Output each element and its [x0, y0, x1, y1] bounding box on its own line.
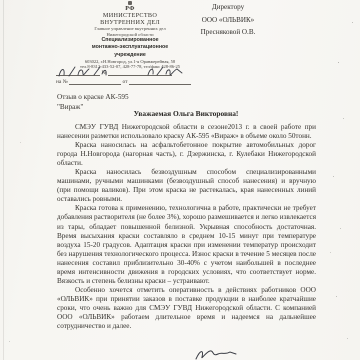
registration-block: № на № от [56, 69, 208, 87]
salutation: Уважаемая Ольга Викторовна! [57, 109, 315, 118]
ref-reply-line: на № от [56, 78, 208, 87]
paper-speck-layer [0, 0, 1, 1]
body-paragraph: Особенно хочется отметить оперативность … [57, 286, 316, 331]
ref-date-label: от [123, 79, 128, 85]
addressee-company: ООО «ОЛЬВИК» [182, 14, 274, 27]
addressee-block: Директору ООО «ОЛЬВИК» Пресняковой О.В. [182, 1, 274, 39]
body-paragraph: Краска наносилась на асфальтобетонное по… [57, 141, 316, 168]
ref-reply-date-blank [129, 78, 191, 85]
ref-reply-label: на № [56, 79, 68, 85]
ref-reply-blank [69, 78, 121, 85]
org-name-line-2: монтажно-эксплуатационное [32, 44, 228, 51]
addressee-person: Пресняковой О.В. [182, 26, 274, 39]
letter-body: СМЭУ ГУВД Нижегородской области в сезоне… [57, 123, 316, 331]
scan-edge-line [3, 0, 4, 360]
body-paragraph: Краска наносилась безвоздушным способом … [57, 168, 316, 204]
addressee-title: Директору [182, 1, 274, 14]
ref-number-line: № [56, 69, 208, 78]
signature-scribble [192, 347, 252, 360]
org-name-line-3: учреждение [32, 52, 228, 59]
scanned-letter-page: РФ МИНИСТЕРСТВО ВНУТРЕННИХ ДЕЛ Главное у… [0, 0, 360, 360]
handwritten-date-scribble [56, 65, 208, 79]
emblem-mark-icon [128, 1, 132, 5]
subject-line-1: Отзыв о краске АК-595 [57, 93, 129, 103]
body-paragraph: СМЭУ ГУВД Нижегородской области в сезоне… [57, 123, 316, 141]
body-paragraph: Краска готова к применению, технологична… [57, 204, 316, 285]
